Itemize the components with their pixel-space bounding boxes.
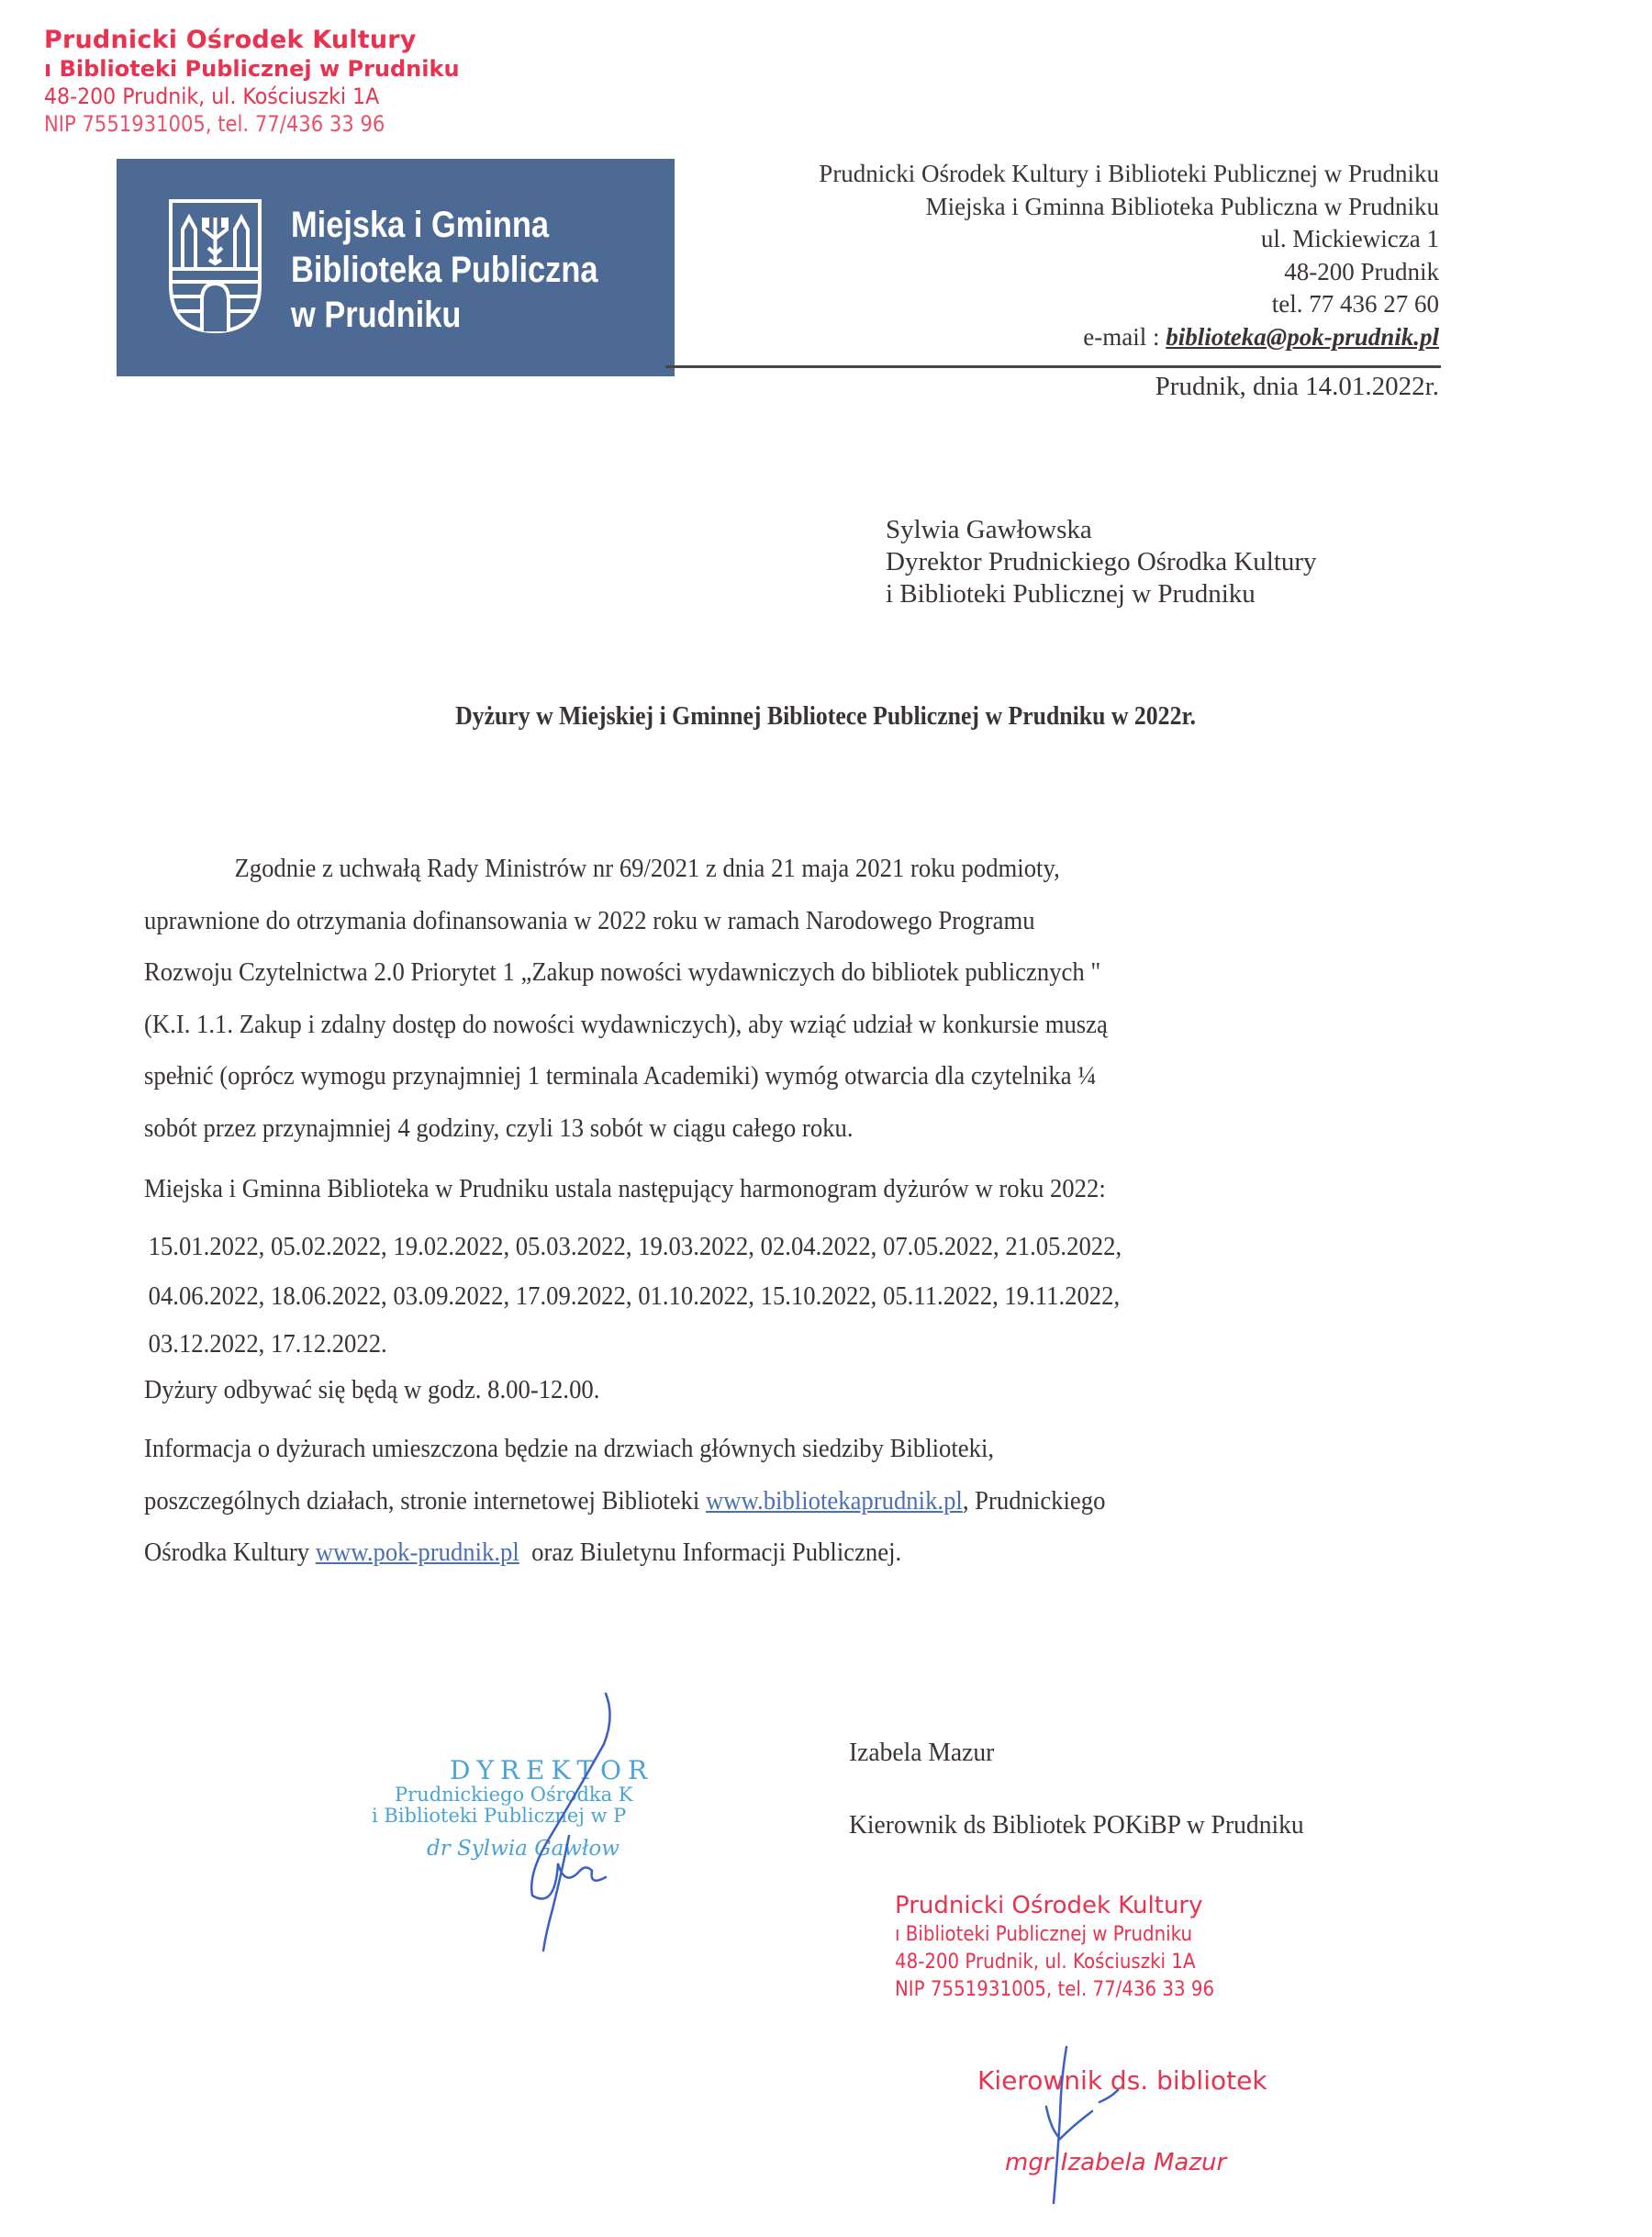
schedule-dates-line: 04.06.2022, 18.06.2022, 03.09.2022, 17.0… bbox=[144, 1272, 1343, 1320]
paragraph-line: sobót przez przynajmniej 4 godziny, czyl… bbox=[144, 1102, 1343, 1155]
letterhead-address: Prudnicki Ośrodek Kultury i Biblioteki P… bbox=[819, 158, 1439, 353]
stamp-line: NIP 7551931005, tel. 77/436 33 96 bbox=[44, 113, 409, 135]
signatory-title: Kierownik ds Bibliotek POKiBP w Prudniku bbox=[849, 1810, 1304, 1840]
recipient-title: Dyrektor Prudnickiego Ośrodka Kultury bbox=[886, 546, 1317, 578]
paragraph-line: Rozwoju Czytelnictwa 2.0 Priorytet 1 „Za… bbox=[144, 946, 1343, 999]
paragraph-line: Zgodnie z uchwałą Rady Ministrów nr 69/2… bbox=[144, 843, 1343, 895]
culture-center-website-link[interactable]: www.pok-prudnik.pl bbox=[316, 1538, 519, 1567]
paragraph-line: uprawnione do otrzymania dofinansowania … bbox=[144, 895, 1343, 947]
organization-stamp-top: Prudnicki Ośrodek Kultury ı Biblioteki P… bbox=[44, 28, 460, 135]
paragraph-line: (K.I. 1.1. Zakup i zdalny dostęp do nowo… bbox=[144, 999, 1343, 1051]
info-line: poszczególnych działach, stronie interne… bbox=[144, 1475, 1343, 1527]
paragraph-line: spełnić (oprócz wymogu przynajmniej 1 te… bbox=[144, 1050, 1343, 1102]
library-website-link[interactable]: www.bibliotekaprudnik.pl bbox=[706, 1486, 963, 1516]
schedule-dates-line: 03.12.2022, 17.12.2022. bbox=[144, 1320, 1343, 1368]
info-line: Ośrodka Kultury www.pok-prudnik.pl oraz … bbox=[144, 1527, 1343, 1579]
stamp-line: 48-200 Prudnik, ul. Kościuszki 1A bbox=[895, 1952, 1214, 1973]
stamp-line: 48-200 Prudnik, ul. Kościuszki 1A bbox=[44, 85, 426, 107]
header-line: Prudnicki Ośrodek Kultury i Biblioteki P… bbox=[819, 158, 1439, 191]
header-divider bbox=[665, 365, 1441, 368]
recipient-block: Sylwia Gawłowska Dyrektor Prudnickiego O… bbox=[886, 514, 1317, 610]
hours-text: Dyżury odbywać się będą w godz. 8.00-12.… bbox=[144, 1368, 1343, 1412]
coat-of-arms-icon bbox=[167, 197, 263, 335]
organization-stamp-bottom: Prudnicki Ośrodek Kultury ı Biblioteki P… bbox=[895, 1894, 1250, 2000]
schedule-dates-line: 15.01.2022, 05.02.2022, 19.02.2022, 05.0… bbox=[144, 1221, 1343, 1273]
stamp-line: Prudnicki Ośrodek Kultury bbox=[895, 1894, 1250, 1918]
letter-body: Zgodnie z uchwałą Rady Ministrów nr 69/2… bbox=[144, 843, 1447, 1579]
signatory-name: Izabela Mazur bbox=[849, 1738, 994, 1768]
document-date: Prudnik, dnia 14.01.2022r. bbox=[1155, 372, 1439, 402]
header-line: ul. Mickiewicza 1 bbox=[819, 223, 1439, 256]
header-line: Miejska i Gminna Biblioteka Publiczna w … bbox=[819, 191, 1439, 224]
info-line: Informacja o dyżurach umieszczona będzie… bbox=[144, 1423, 1343, 1475]
manager-signature bbox=[1037, 2042, 1156, 2208]
library-logo-banner: Miejska i Gminna Biblioteka Publiczna w … bbox=[117, 159, 675, 376]
recipient-name: Sylwia Gawłowska bbox=[886, 514, 1317, 546]
header-line: tel. 77 436 27 60 bbox=[819, 288, 1439, 321]
email-link[interactable]: biblioteka@pok-prudnik.pl bbox=[1166, 323, 1439, 351]
stamp-line: ı Biblioteki Publicznej w Prudniku bbox=[44, 58, 460, 80]
recipient-org: i Biblioteki Publicznej w Prudniku bbox=[886, 578, 1317, 610]
header-email-line: e-mail : biblioteka@pok-prudnik.pl bbox=[819, 321, 1439, 354]
stamp-line: Prudnicki Ośrodek Kultury bbox=[44, 28, 460, 52]
header-line: 48-200 Prudnik bbox=[819, 256, 1439, 289]
logo-text: Miejska i Gminna Biblioteka Publiczna w … bbox=[291, 203, 598, 338]
document-title: Dyżury w Miejskiej i Gminnej Bibliotece … bbox=[0, 702, 1652, 732]
stamp-line: ı Biblioteki Publicznej w Prudniku bbox=[895, 1925, 1214, 1945]
schedule-intro: Miejska i Gminna Biblioteka w Prudniku u… bbox=[144, 1163, 1343, 1215]
stamp-line: NIP 7551931005, tel. 77/436 33 96 bbox=[895, 1980, 1214, 2000]
director-signature bbox=[477, 1689, 661, 1955]
